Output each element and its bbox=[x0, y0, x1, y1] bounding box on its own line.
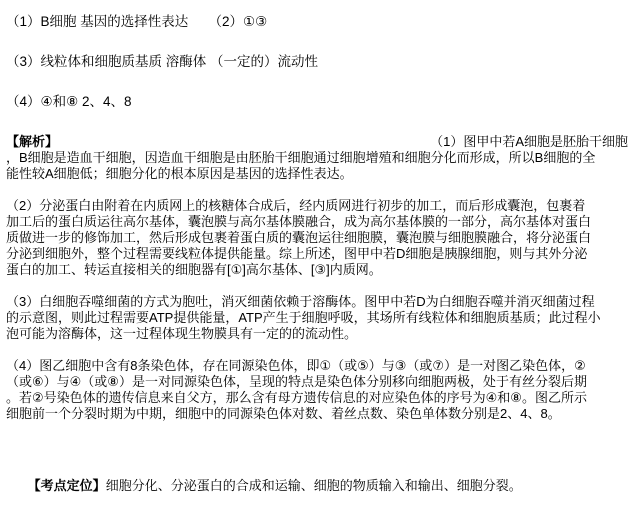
text-line: 蛋白的加工、转运直接相关的细胞器有[①]高尔基体、[③]内质网。 bbox=[6, 262, 628, 278]
text-line: （3）白细胞吞噬细菌的方式为胞吐，消灭细菌依赖于溶酶体。图甲中若D为白细胞吞噬并… bbox=[6, 294, 628, 310]
exam-point-line: 【考点定位】细胞分化、分泌蛋白的合成和运输、细胞的物质输入和输出、细胞分裂。 bbox=[6, 462, 628, 508]
analysis-label: 【解析】 bbox=[6, 134, 58, 150]
text-line: （2）分泌蛋白由附着在内质网上的核糖体合成后，经内质网进行初步的加工，而后形成囊… bbox=[6, 198, 628, 214]
exam-point-label: 【考点定位】 bbox=[28, 478, 106, 493]
analysis-paragraph-4: （4）图乙细胞中含有8条染色体，存在同源染色体，即①（或⑤）与③（或⑦）是一对图… bbox=[6, 358, 628, 422]
answer-line-3: （4）④和⑧ 2、4、8 bbox=[6, 94, 628, 110]
text-line: 泡可能为溶酶体，这一过程体现生物膜具有一定的的流动性。 bbox=[6, 326, 628, 342]
answer-line-1: （1）B细胞 基因的选择性表达 （2）①③ bbox=[6, 14, 628, 30]
text-line: ，B细胞是造血干细胞，因造血干细胞是由胚胎干细胞通过细胞增殖和细胞分化而形成，所… bbox=[6, 150, 628, 166]
text-line: 质做进一步的修饰加工，然后形成包裹着蛋白质的囊泡运往细胞膜，囊泡膜与细胞膜融合，… bbox=[6, 230, 628, 246]
analysis-paragraph-1: ，B细胞是造血干细胞，因造血干细胞是由胚胎干细胞通过细胞增殖和细胞分化而形成，所… bbox=[6, 150, 628, 182]
text-line: 分泌到细胞外，整个过程需要线粒体提供能量。综上所述，图甲中若D细胞是胰腺细胞，则… bbox=[6, 246, 628, 262]
text-line: 细胞前一个分裂时期为中期，细胞中的同源染色体对数、着丝点数、染色单体数分别是2、… bbox=[6, 406, 628, 422]
text-line: 加工后的蛋白质运往高尔基体，囊泡膜与高尔基体膜融合，成为高尔基体膜的一部分，高尔… bbox=[6, 214, 628, 230]
exam-point-text: 细胞分化、分泌蛋白的合成和运输、细胞的物质输入和输出、细胞分裂。 bbox=[106, 478, 522, 493]
text-line: 能性较A细胞低；细胞分化的根本原因是基因的选择性表达。 bbox=[6, 166, 628, 182]
exam-point-section: 【考点定位】细胞分化、分泌蛋白的合成和运输、细胞的物质输入和输出、细胞分裂。 bbox=[6, 462, 628, 508]
text-line: （4）图乙细胞中含有8条染色体，存在同源染色体，即①（或⑤）与③（或⑦）是一对图… bbox=[6, 358, 628, 374]
text-line: 的示意图，则此过程需要ATP提供能量，ATP产生于细胞呼吸，其场所有线粒体和细胞… bbox=[6, 310, 628, 326]
analysis-intro-text: （1）图甲中若A细胞是胚胎干细胞 bbox=[430, 134, 628, 150]
analysis-paragraph-2: （2）分泌蛋白由附着在内质网上的核糖体合成后，经内质网进行初步的加工，而后形成囊… bbox=[6, 198, 628, 278]
analysis-section: 【解析】 （1）图甲中若A细胞是胚胎干细胞 ，B细胞是造血干细胞，因造血干细胞是… bbox=[6, 134, 628, 422]
document-page: （1）B细胞 基因的选择性表达 （2）①③ （3）线粒体和细胞质基质 溶酶体 （… bbox=[0, 0, 630, 508]
analysis-paragraph-3: （3）白细胞吞噬细菌的方式为胞吐，消灭细菌依赖于溶酶体。图甲中若D为白细胞吞噬并… bbox=[6, 294, 628, 342]
answers-section: （1）B细胞 基因的选择性表达 （2）①③ （3）线粒体和细胞质基质 溶酶体 （… bbox=[6, 14, 628, 110]
text-line: 。若②号染色体的遗传信息来自父方，那么含有母方遗传信息的对应染色体的序号为④和⑧… bbox=[6, 390, 628, 406]
analysis-first-row: 【解析】 （1）图甲中若A细胞是胚胎干细胞 bbox=[6, 134, 628, 150]
text-line: （或⑥）与④（或⑧）是一对同源染色体，呈现的特点是染色体分别移向细胞两极，处于有… bbox=[6, 374, 628, 390]
answer-line-2: （3）线粒体和细胞质基质 溶酶体 （一定的）流动性 bbox=[6, 54, 628, 70]
